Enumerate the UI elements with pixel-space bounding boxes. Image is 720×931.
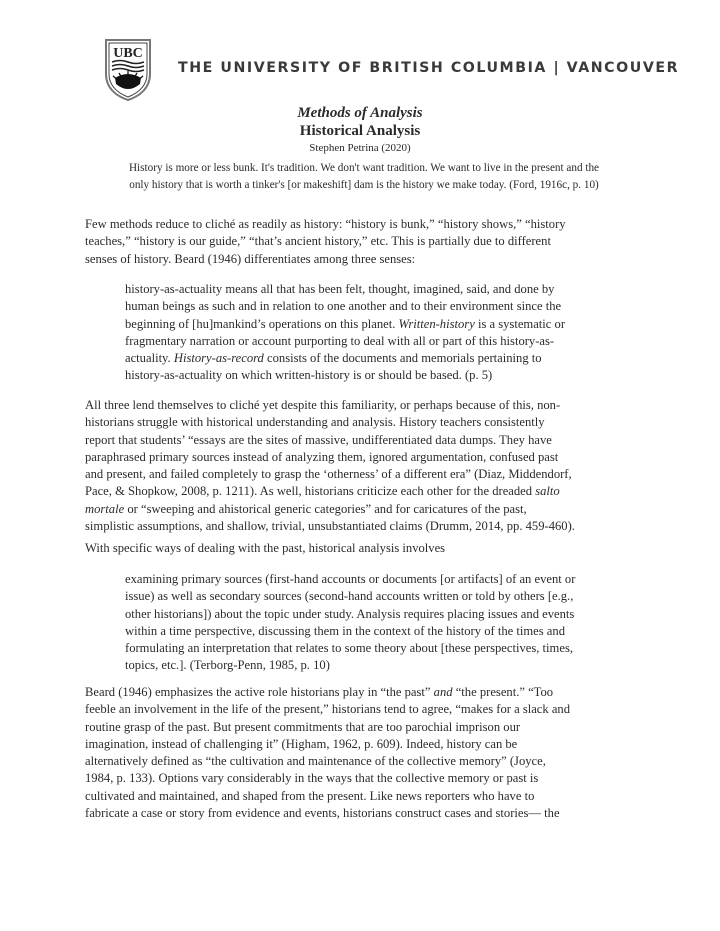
text-line: teaches,” “history is our guide,” “that’… xyxy=(85,233,566,250)
text-line: alternatively defined as “the cultivatio… xyxy=(85,753,570,770)
text-line: Pace, & Shopkow, 2008, p. 1211). As well… xyxy=(85,483,575,500)
ubc-crest-icon: UBC xyxy=(104,38,152,102)
text-line: topics, etc.]. (Terborg-Penn, 1985, p. 1… xyxy=(125,657,575,674)
paragraph-specific-ways: With specific ways of dealing with the p… xyxy=(85,540,445,557)
text-line: other historians]) about the topic under… xyxy=(125,606,575,623)
text-line: mortale or “sweeping and ahistorical gen… xyxy=(85,501,575,518)
author-line: Stephen Petrina (2020) xyxy=(0,142,720,154)
text-line: report that students’ “essays are the si… xyxy=(85,432,575,449)
text-line: human beings as such and in relation to … xyxy=(125,298,565,315)
epigraph-line: History is more or less bunk. It's tradi… xyxy=(84,160,644,177)
university-header: UBC THE UNIVERSITY OF BRITISH COLUMBIA |… xyxy=(104,38,624,108)
text-line: routine grasp of the past. But present c… xyxy=(85,719,570,736)
svg-text:UBC: UBC xyxy=(113,46,143,61)
paragraph-beard-role: Beard (1946) emphasizes the active role … xyxy=(85,684,570,822)
paragraph-cliche: All three lend themselves to cliché yet … xyxy=(85,397,575,535)
text-line: history-as-actuality on which written-hi… xyxy=(125,367,565,384)
text-line: formulating an interpretation that relat… xyxy=(125,640,575,657)
blockquote-beard: history-as-actuality means all that has … xyxy=(125,281,565,385)
text-line: With specific ways of dealing with the p… xyxy=(85,540,445,557)
text-line: historians struggle with historical unde… xyxy=(85,414,575,431)
paragraph-intro: Few methods reduce to cliché as readily … xyxy=(85,216,566,268)
text-line: fabricate a case or story from evidence … xyxy=(85,805,570,822)
text-line: beginning of [hu]mankind’s operations on… xyxy=(125,316,565,333)
university-name: THE UNIVERSITY OF BRITISH COLUMBIA | VAN… xyxy=(178,60,679,76)
text-line: fragmentary narration or account purport… xyxy=(125,333,565,350)
text-line: within a time perspective, discussing th… xyxy=(125,623,575,640)
text-line: senses of history. Beard (1946) differen… xyxy=(85,251,566,268)
text-line: cultivated and maintained, and shaped fr… xyxy=(85,788,570,805)
text-line: paraphrased primary sources instead of a… xyxy=(85,449,575,466)
text-line: feeble an involvement in the life of the… xyxy=(85,701,570,718)
text-line: Few methods reduce to cliché as readily … xyxy=(85,216,566,233)
text-line: Beard (1946) emphasizes the active role … xyxy=(85,684,570,701)
text-line: All three lend themselves to cliché yet … xyxy=(85,397,575,414)
text-line: and present, and failed completely to gr… xyxy=(85,466,575,483)
epigraph-quote: History is more or less bunk. It's tradi… xyxy=(84,160,644,193)
text-line: simplistic assumptions, and shallow, tri… xyxy=(85,518,575,535)
text-line: examining primary sources (first-hand ac… xyxy=(125,571,575,588)
document-page: UBC THE UNIVERSITY OF BRITISH COLUMBIA |… xyxy=(0,0,720,931)
text-line: issue) as well as secondary sources (sec… xyxy=(125,588,575,605)
text-line: 1984, p. 133). Options vary considerably… xyxy=(85,770,570,787)
epigraph-line: only history that is worth a tinker's [o… xyxy=(84,177,644,194)
text-line: history-as-actuality means all that has … xyxy=(125,281,565,298)
blockquote-terborg-penn: examining primary sources (first-hand ac… xyxy=(125,571,575,675)
text-line: actuality. History-as-record consists of… xyxy=(125,350,565,367)
document-title: Historical Analysis xyxy=(0,123,720,140)
text-line: imagination, instead of challenging it” … xyxy=(85,736,570,753)
series-title: Methods of Analysis xyxy=(0,105,720,122)
